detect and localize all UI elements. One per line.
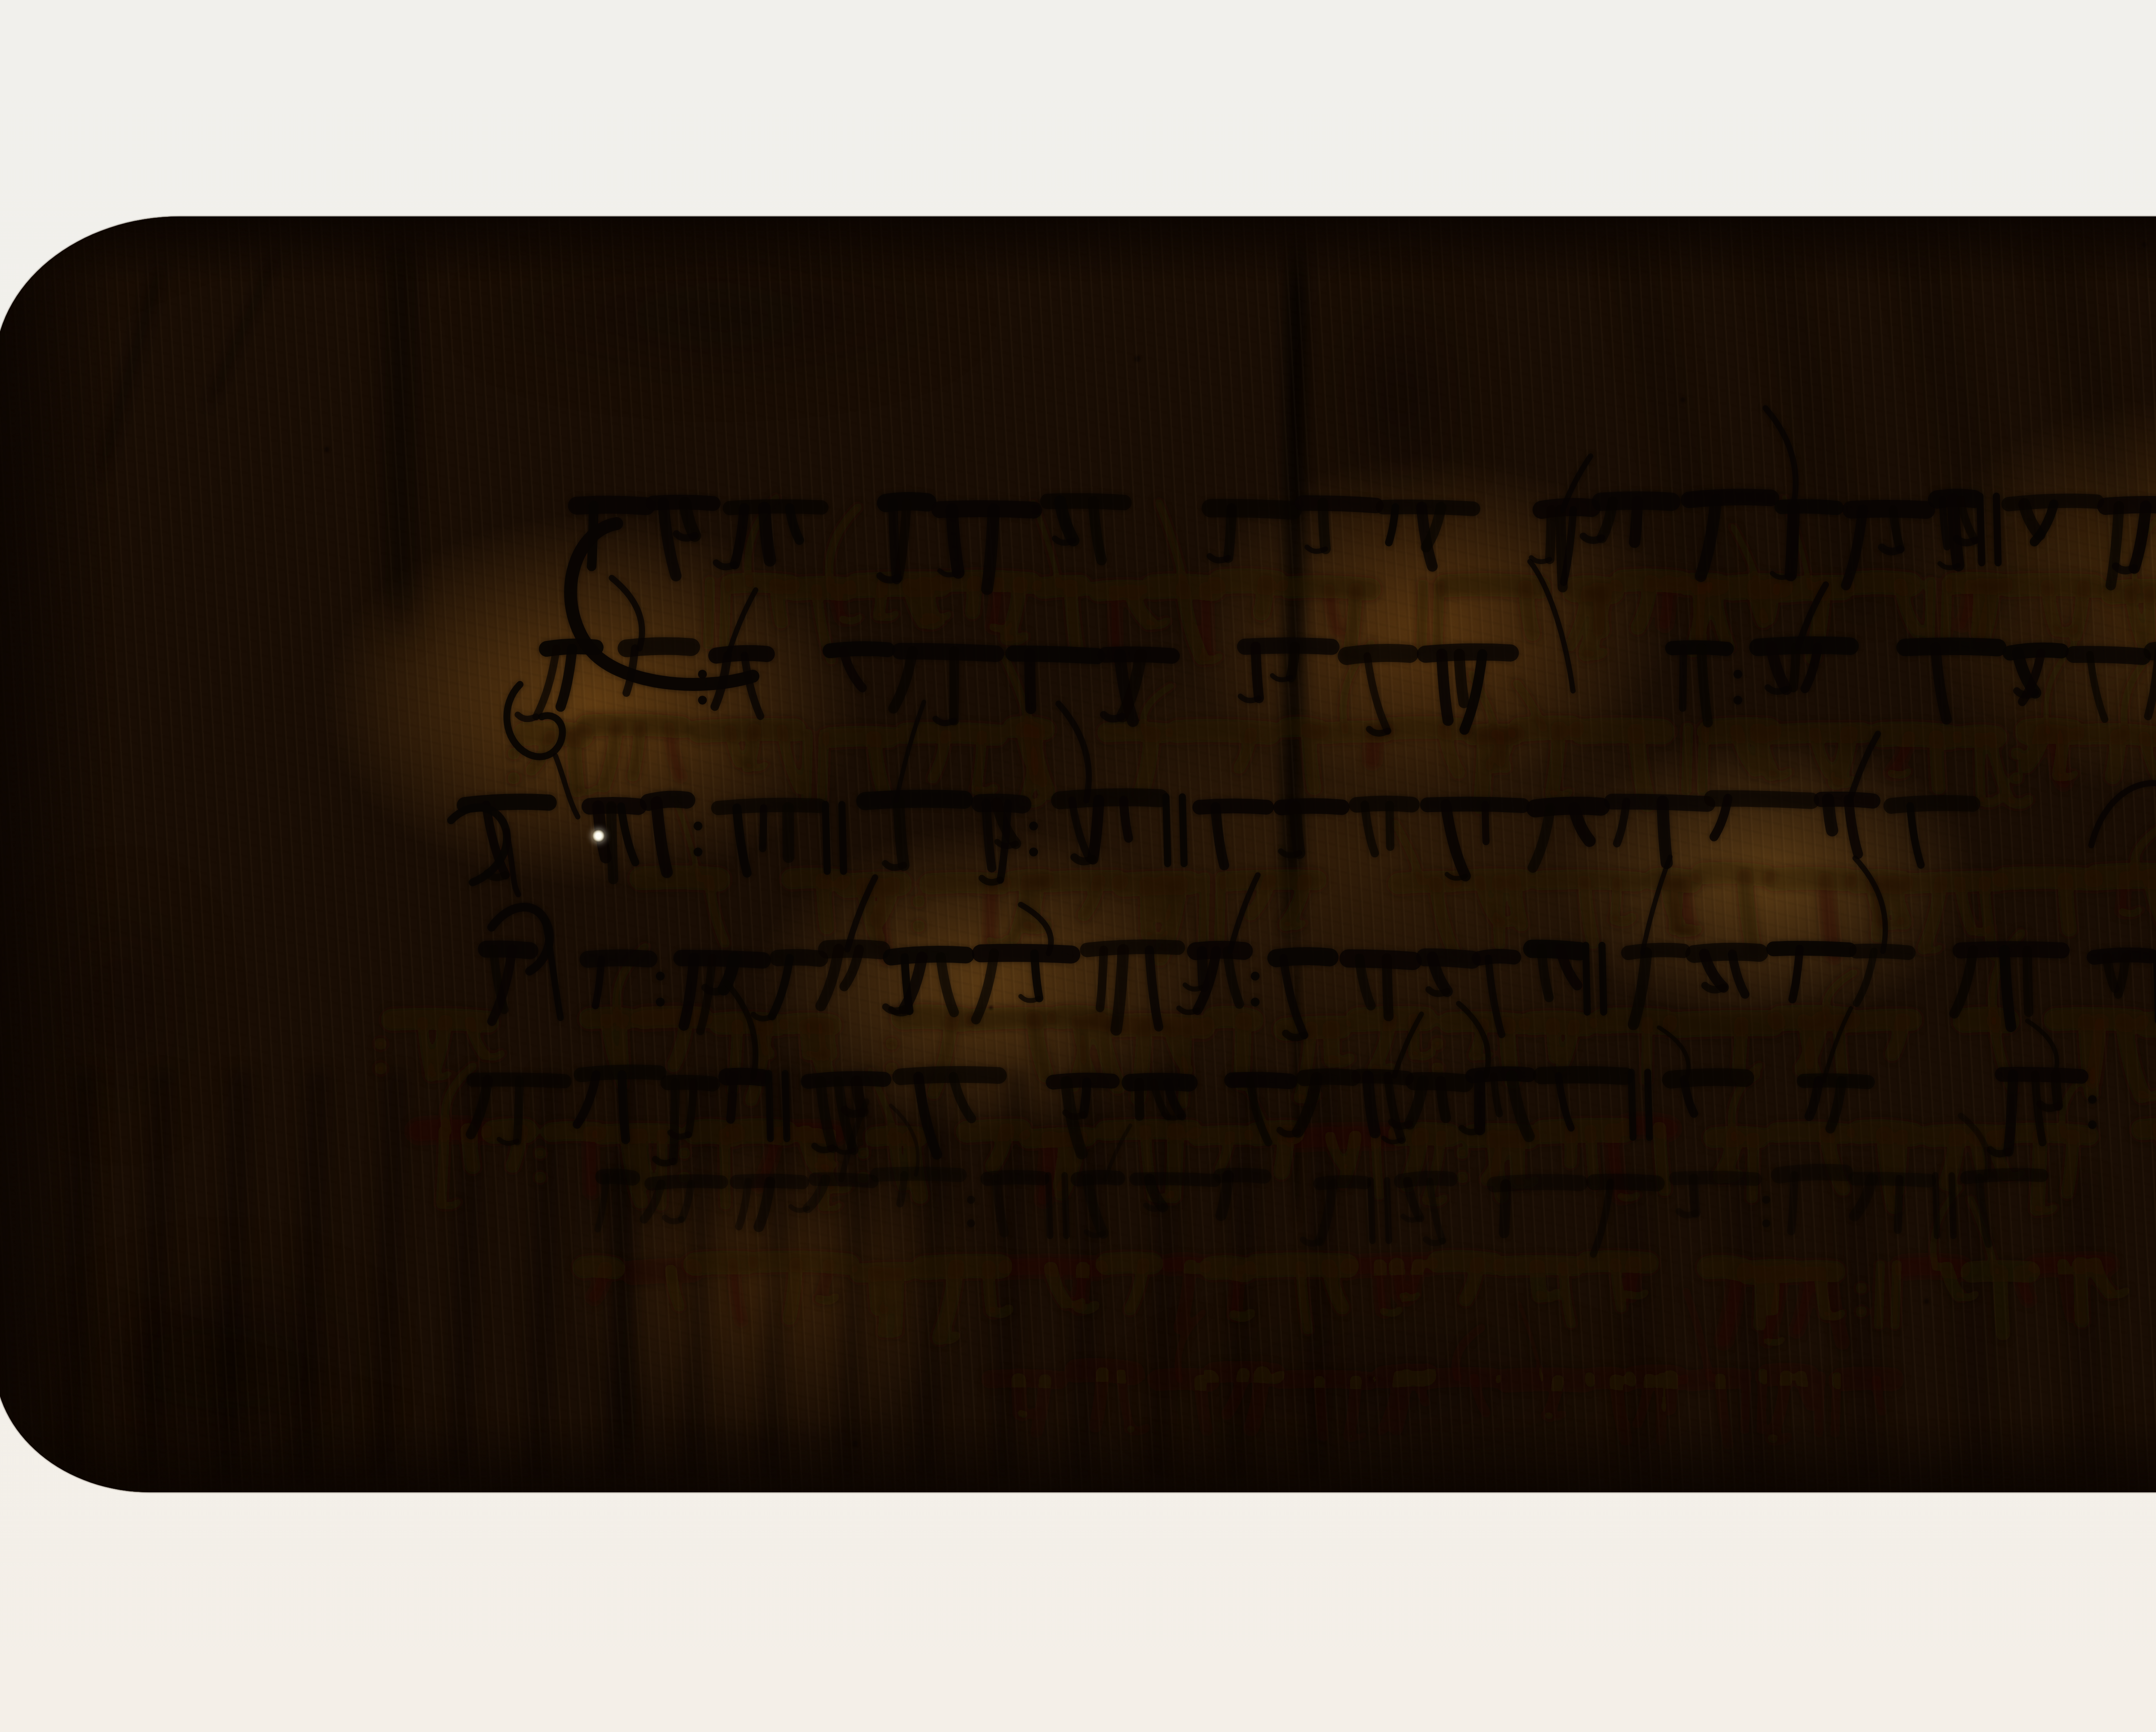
backlit-photo <box>0 0 2156 1732</box>
manuscript-leaf <box>0 216 2156 1492</box>
handwriting-ink-layer <box>0 216 2156 1492</box>
